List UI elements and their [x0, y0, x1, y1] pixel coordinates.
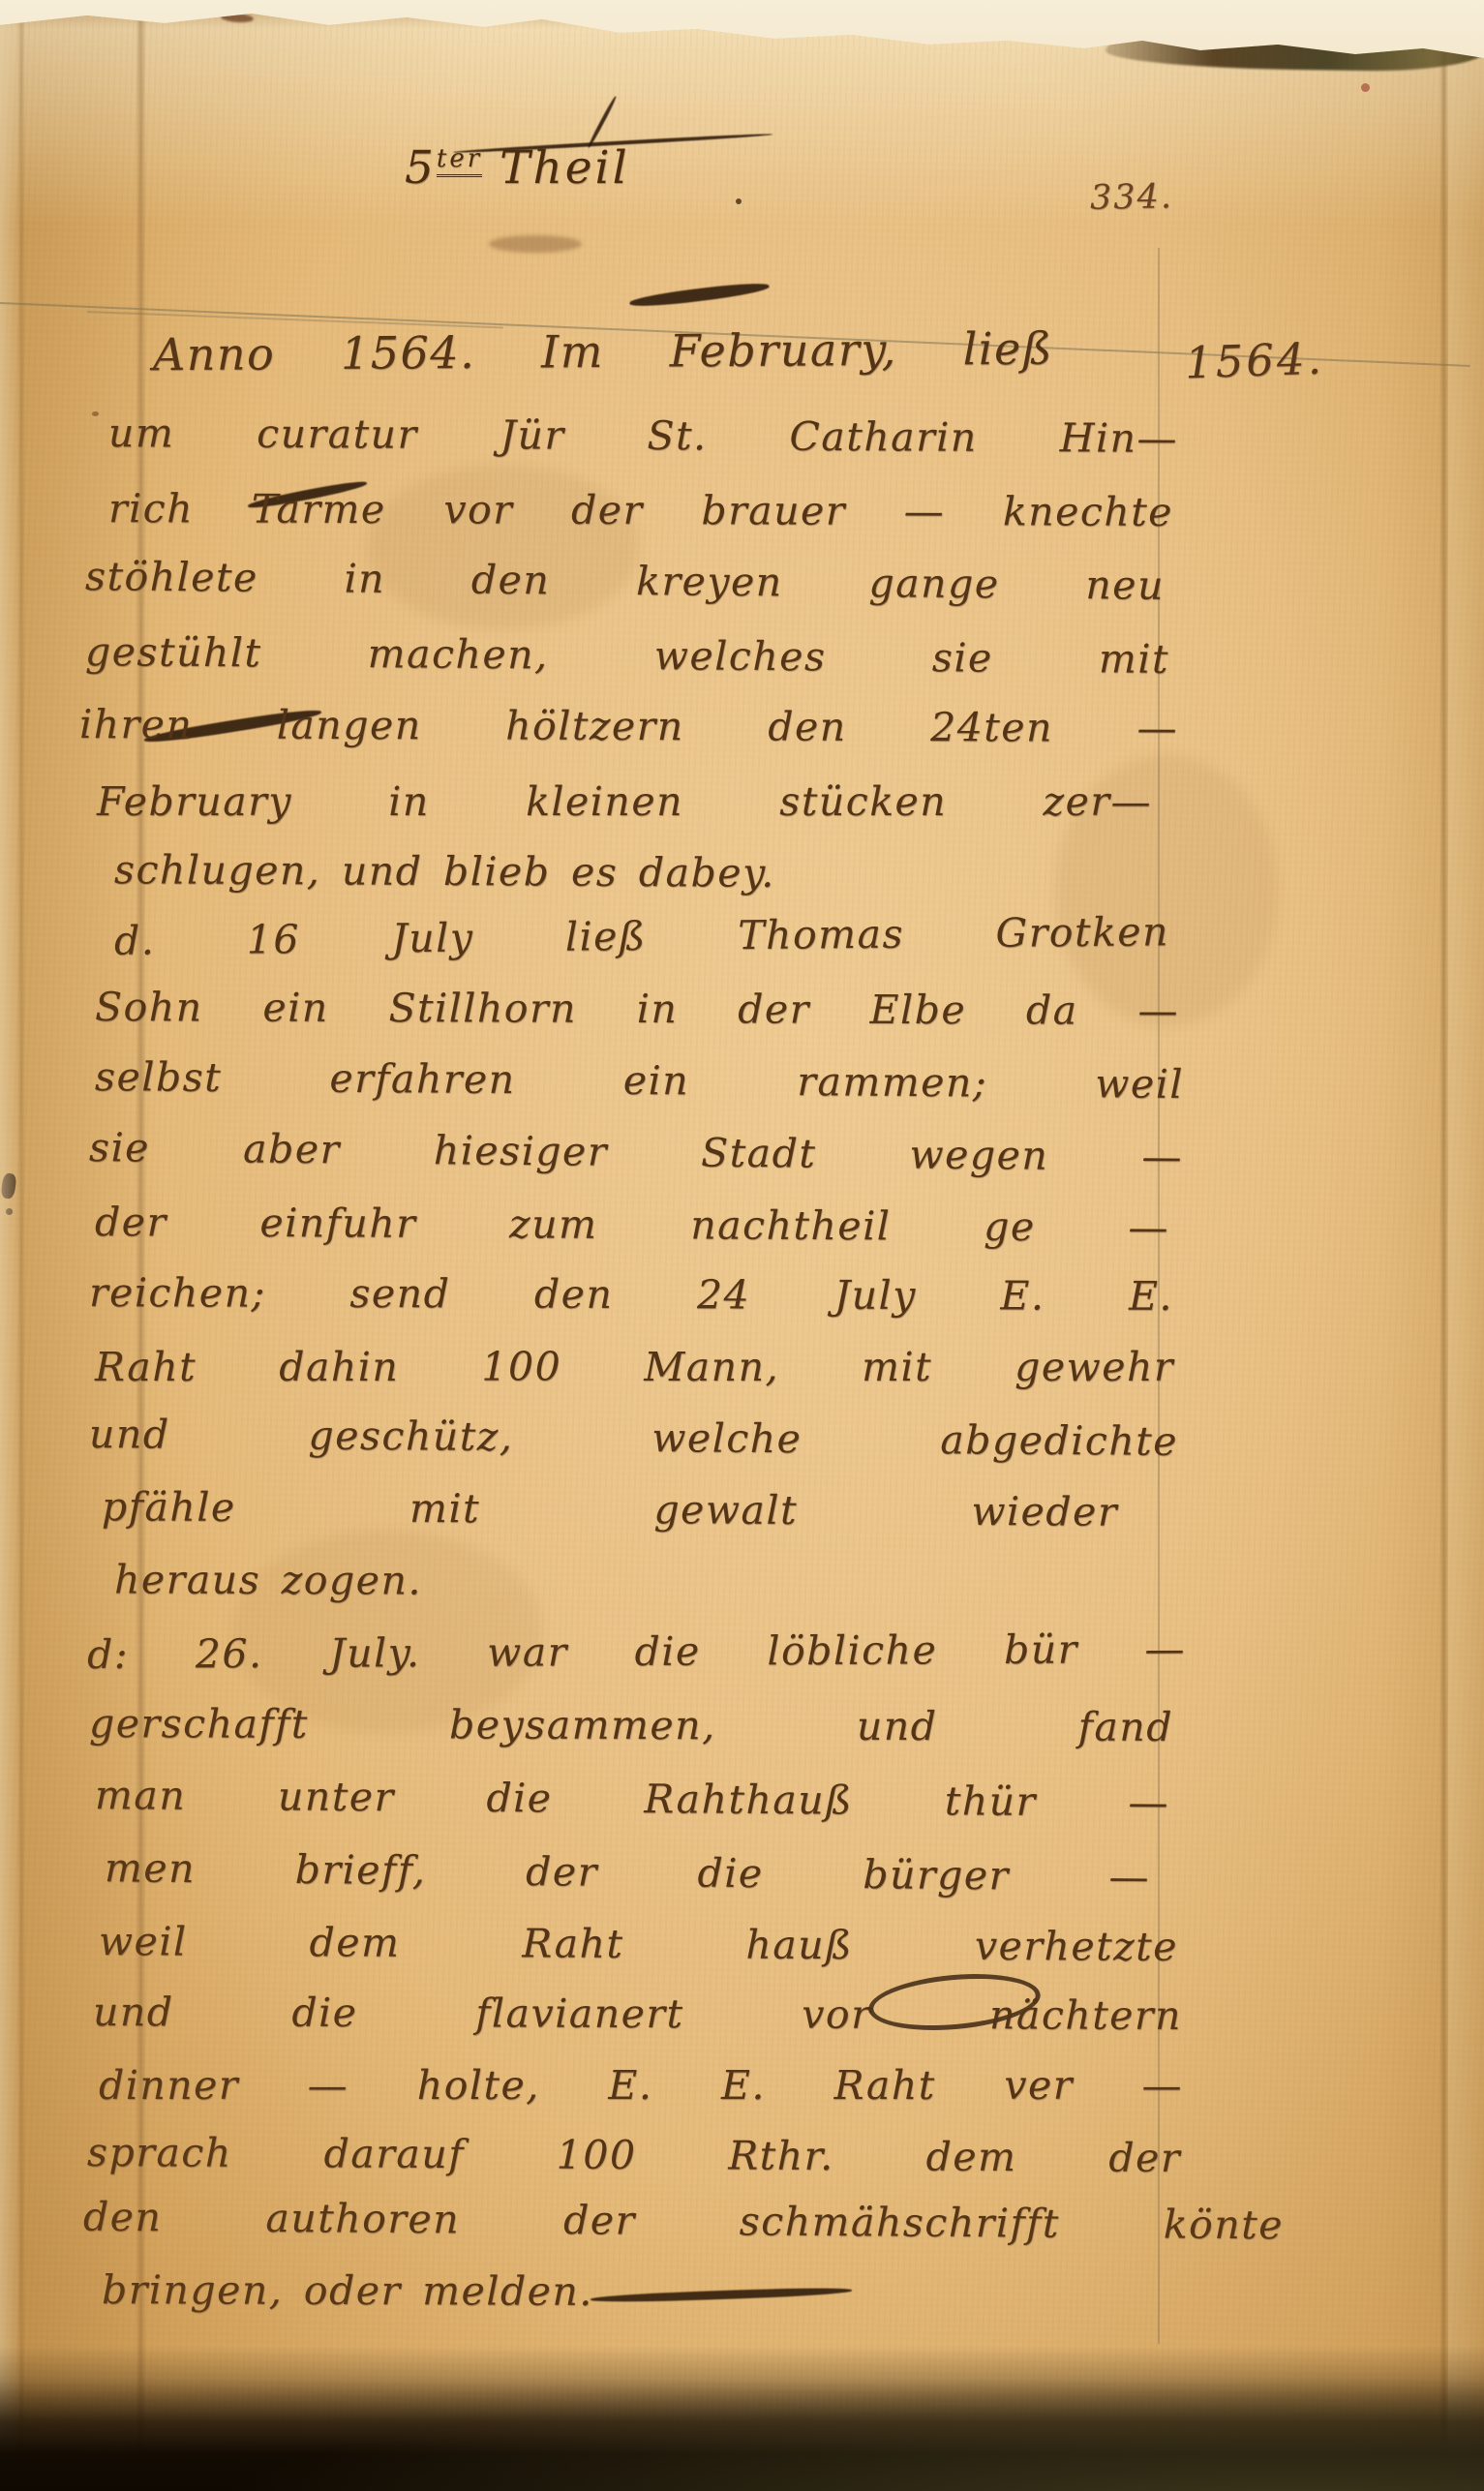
manuscript-page: 5ter Theil 334. 1564. Anno 1564. Im Febr…	[0, 0, 1484, 2491]
bottom-shadow	[0, 2346, 1484, 2491]
vignette	[0, 0, 1484, 2491]
manuscript-scan: 5ter Theil 334. 1564. Anno 1564. Im Febr…	[0, 0, 1484, 2491]
